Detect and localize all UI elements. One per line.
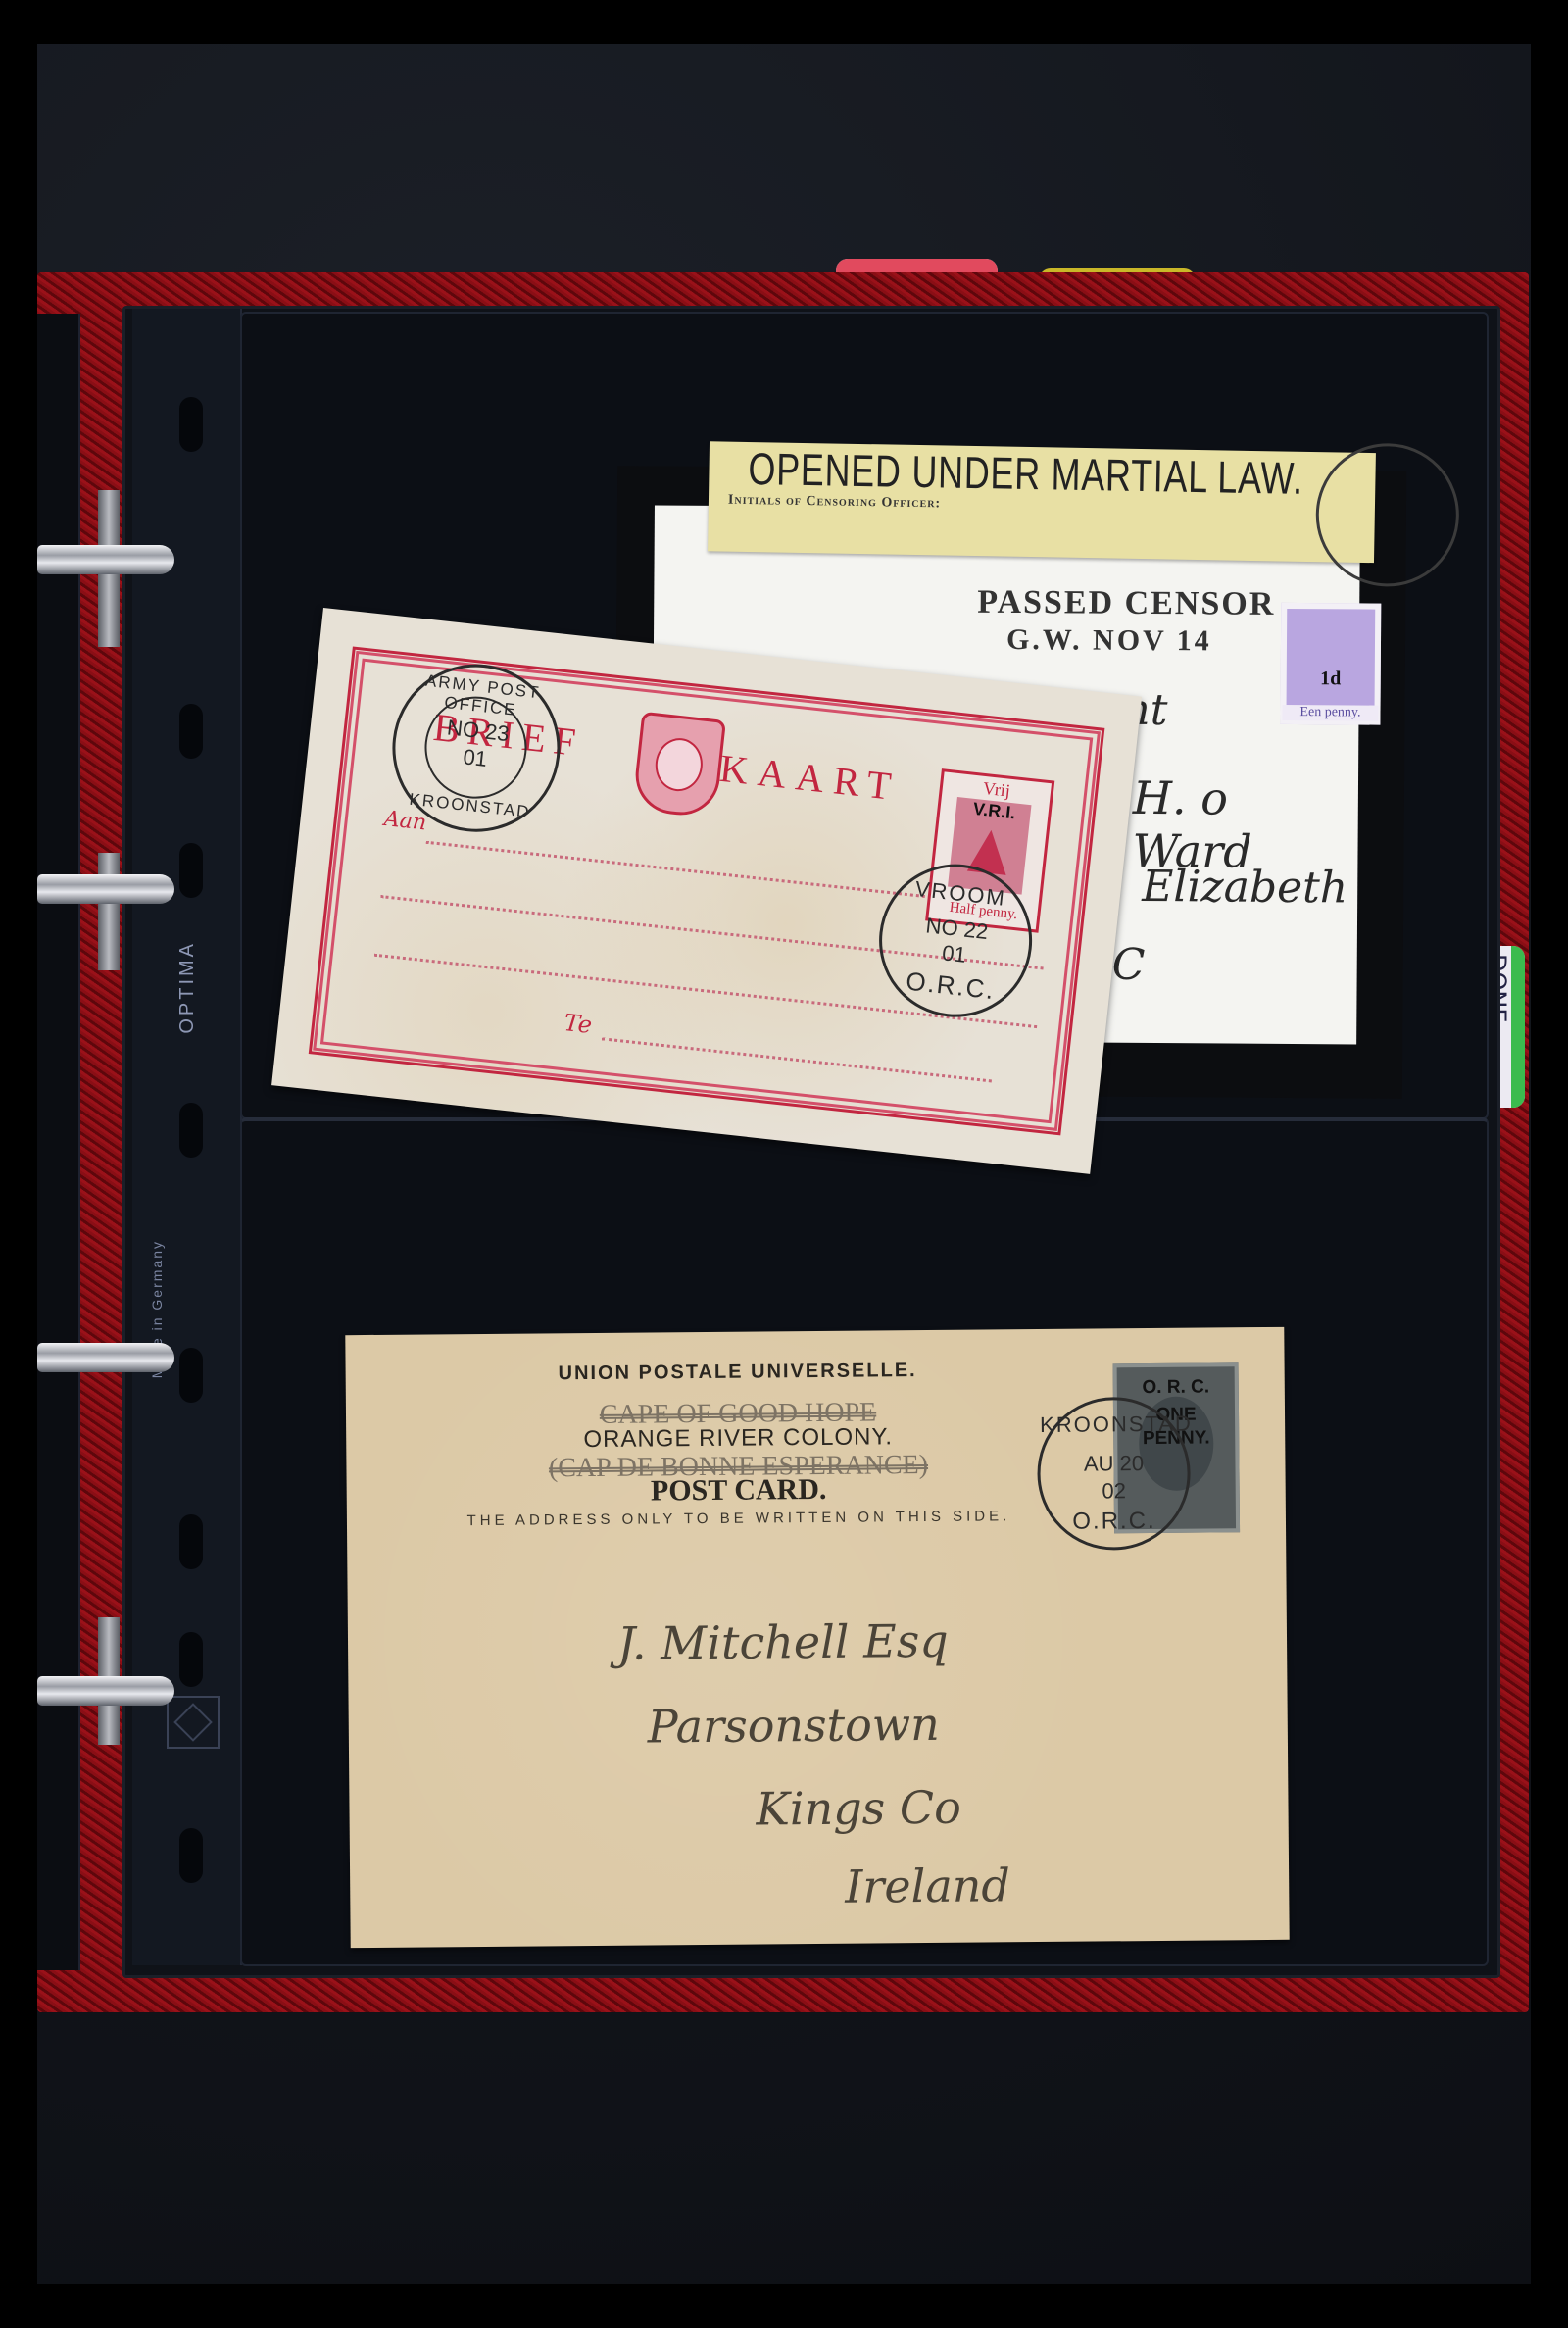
postmark-year: 02: [1041, 1478, 1188, 1505]
censor-handstamp-date: G.W. NOV 14: [1006, 623, 1212, 658]
postmark-top-text: KROONSTAD: [1040, 1412, 1187, 1438]
address-instruction: THE ADDRESS ONLY TO BE WRITTEN ON THIS S…: [347, 1507, 1131, 1530]
tab-color-band: [1511, 946, 1525, 1108]
stamp-label: Een penny.: [1282, 705, 1378, 721]
ring-post: [98, 853, 120, 970]
brief-kaart-card[interactable]: BRIEF KAART Aan Te Vrij V.R.I. Half penn…: [271, 608, 1142, 1174]
postmark-date: AU 20: [1040, 1451, 1187, 1477]
censor-label: OPENED UNDER MARTIAL LAW. Initials of Ce…: [708, 441, 1376, 563]
address-line: J. Mitchell Esq: [617, 1614, 949, 1670]
overprint-orc: O. R. C.: [1117, 1376, 1235, 1399]
at-label: Te: [563, 1009, 593, 1039]
binder-ring[interactable]: [37, 1343, 174, 1372]
address-line: C: [1112, 940, 1146, 990]
album-brand-label: OPTIMA: [176, 941, 199, 1034]
censor-handstamp: PASSED CENSOR: [977, 584, 1275, 623]
punch-hole: [179, 397, 203, 452]
address-line: Elizabeth: [1142, 862, 1347, 913]
stamp-value: 1d: [1287, 668, 1375, 691]
address-line: Parsonstown: [648, 1698, 940, 1754]
orc-post-card[interactable]: UNION POSTALE UNIVERSELLE. CAPE OF GOOD …: [345, 1327, 1289, 1948]
punch-hole: [179, 843, 203, 898]
punch-hole: [179, 1828, 203, 1883]
punch-hole: [179, 1514, 203, 1569]
censor-label-subtitle: Initials of Censoring Officer:: [728, 493, 941, 513]
post-card-title: POST CARD.: [347, 1470, 1131, 1511]
address-line: Ireland: [845, 1858, 1010, 1912]
kroonstad-postmark: KROONSTAD AU 20 02 O.R.C.: [1037, 1397, 1191, 1551]
postmark-bottom-text: O.R.C.: [1041, 1508, 1188, 1536]
punch-hole: [179, 1348, 203, 1403]
punch-hole: [179, 704, 203, 759]
upu-header: UNION POSTALE UNIVERSELLE.: [346, 1358, 1130, 1387]
binder-ring[interactable]: [37, 545, 174, 574]
punch-hole: [179, 1103, 203, 1158]
diamond-logo-icon: [167, 1696, 220, 1749]
binder-ring[interactable]: [37, 874, 174, 904]
address-line: Kings Co: [756, 1781, 961, 1836]
binder-ring[interactable]: [37, 1676, 174, 1706]
punch-hole: [179, 1632, 203, 1687]
one-penny-stamp: 1d Een penny.: [1280, 603, 1381, 725]
